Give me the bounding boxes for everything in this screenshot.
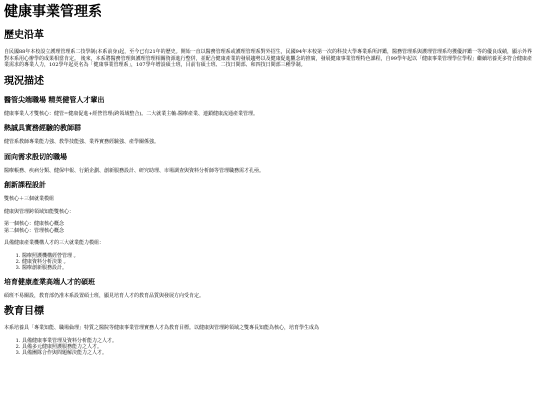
section-text: 健管系教師專業能力強、教學技能強、業界實務經驗強、產學關係強。 bbox=[4, 139, 536, 146]
page-content: 健康事業管理系 歷史沿革 自民國88年本校設立護理管理系二技學制(本系前身)起，… bbox=[0, 0, 540, 356]
section-text: 雙核心＋三個就業模組 bbox=[4, 196, 536, 203]
module-item: 醫療創新服務設計。 bbox=[22, 265, 536, 271]
section-text: 醫療帳務、疾病分類、健保申報、行銷企劃、創新服務設計、研究助理、市場調查與資料分… bbox=[4, 168, 536, 175]
core-intro: 健康與管理跨領域知能雙核心： bbox=[4, 209, 536, 216]
section-text: 碩班不易關設，教育部仍准本系設置碩士班，顯見培育人才的教育品質與發展方向受肯定。 bbox=[4, 293, 536, 300]
core-list: 第一個核心：健康核心概念 第二個核心：管理核心概念 bbox=[4, 221, 536, 234]
goals-heading: 教育目標 bbox=[4, 305, 536, 319]
core-item: 第二個核心：管理核心概念 bbox=[4, 228, 64, 234]
section-title: 創新課程設計 bbox=[4, 180, 536, 190]
modules-intro: 具備健康產業機構人才的三大就業能力模組： bbox=[4, 240, 536, 247]
page-title: 健康事業管理系 bbox=[4, 3, 536, 21]
section-text: 健康事業人才雙核心：健管=健康促進+經營管理(跨領域整合)。二大就業主軸:醫療產… bbox=[4, 111, 536, 118]
core-item: 第一個核心：健康核心概念 bbox=[4, 221, 64, 227]
current-heading: 現況描述 bbox=[4, 75, 536, 89]
goals-list: 具備健康事業管理及資料分析能力之人才。 具備多元健康照護服務能力之人才。 具備團… bbox=[4, 338, 536, 356]
section-title: 培育健康產業高端人才的碩班 bbox=[4, 277, 536, 287]
goal-item: 具備團隊合作與問題解決能力之人才。 bbox=[22, 350, 536, 356]
history-paragraph: 自民國88年本校設立護理管理系二技學制(本系前身)起，至今已有21年的歷史。開始… bbox=[4, 49, 536, 69]
section-title: 熱誠具實務經驗的教師群 bbox=[4, 123, 536, 133]
section-title: 醫管尖端職場 精英健管人才輩出 bbox=[4, 95, 536, 105]
section-title: 面向需求殷切的職場 bbox=[4, 152, 536, 162]
modules-list: 醫療照護機構經營管理 。 健康資料分析決策 。 醫療創新服務設計。 bbox=[4, 253, 536, 271]
goals-intro: 本系培養具「專業知能、職場倫理」特質之醫院等健康事業管理實務人才為教育目標。以健… bbox=[4, 325, 536, 332]
history-heading: 歷史沿革 bbox=[4, 29, 536, 43]
